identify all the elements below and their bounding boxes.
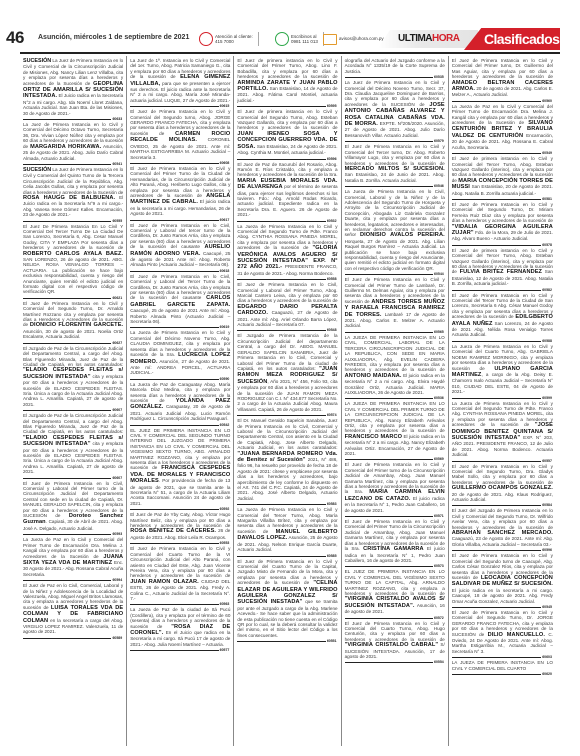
classified-ad: La Jueza de Primera Instancia en lo Civi… [130, 328, 230, 379]
ad-body: La Jueza de Primera Instancia en lo Civi… [237, 507, 337, 552]
ad-body: El Juez de Primera Instancia en lo Civil… [345, 144, 445, 183]
ad-text: LA JUEZA DE PRIMERA INSTANCIA EN LO CIVI… [345, 401, 445, 433]
ad-name: MARGARIDA HORIKAWA. [30, 144, 101, 150]
classified-ad: El Juez de Primera Instancia en lo Civil… [130, 107, 230, 164]
ad-code: 60620 [541, 672, 553, 676]
ad-text: El Juez de Primera Instancia en lo Civil… [237, 282, 337, 303]
ad-body: El Juez de Primera Instancia en lo Civil… [452, 58, 553, 98]
ad-body: El Juzgado de Paz de la Circunscripción … [23, 413, 123, 474]
classified-ad: SUCESIÓN La Juez de Primera Instancia en… [23, 56, 123, 120]
ad-name: DIONISIO AVALOS PEREIRA. [360, 232, 445, 238]
ad-code: 60551 [326, 639, 338, 643]
ad-body: El Juez de Primera Instancia en lo Civil… [345, 519, 445, 563]
ad-body: El Juez de Primera Instancia en lo Civil… [130, 109, 230, 160]
column-1: SUCESIÓN La Juez de Primera Instancia en… [20, 56, 127, 746]
ad-body: El Juez de primera instancia en lo Civil… [452, 248, 553, 287]
classified-ad: El Juzgado de Paz de la Circunscripción … [23, 411, 123, 478]
ad-body: El Juez de Paz en lo Civil, Comercial, L… [23, 583, 123, 635]
classified-ad: La Juez de Primera Instancia en lo Civil… [23, 120, 123, 165]
classified-ad: La Jueza de Primera Instancia en lo Civi… [452, 399, 553, 462]
ad-body: El Juez de Primera Instancia en lo Civil… [345, 277, 445, 329]
ad-name: ROSA HAUGG DE BALBUENA. [23, 195, 115, 201]
classified-ad: El Juez de Paz en lo Civil, Comercial, L… [23, 581, 123, 639]
ad-body: El Juez de primera instancia en lo Civil… [237, 109, 337, 155]
classified-ad: El Juez de primera instancia en lo Civil… [452, 154, 553, 200]
ad-body: La Jueza de Paz de Caraguatay Abog. Marí… [130, 382, 230, 422]
classified-ad: El Juez de Primera Instancia en lo Civil… [130, 164, 230, 221]
classified-ad: El Juez de primera instancia en lo Civil… [237, 107, 337, 159]
ad-body: El Juez de Primera Instancia en lo Civil… [237, 282, 337, 327]
classified-ad: El Juez De Primera Instancia En Lo Civil… [23, 222, 123, 299]
ad-text: SAN LORENZO, 26 de agosto de 2021. ABG. … [23, 257, 123, 294]
ad-text: El Juzgado de Paz de la Circunscripción … [23, 346, 123, 367]
ad-text: El Juez de Primera Instancia en lo Civil… [345, 144, 445, 165]
contact-phone-label: Atención al cliente: [215, 34, 253, 39]
ad-text: El Juez de primera instancia en lo Civil… [237, 109, 337, 130]
classified-ad: El Juez del Juzgado de Primera Instancia… [452, 506, 553, 551]
ad-code: 60589 [111, 636, 123, 640]
ad-body: El Juez de Primera Instancia en lo Civil… [130, 274, 230, 325]
classified-ad: El Juez de Paz de Itacurubí del Rosario,… [237, 160, 337, 222]
ad-text: El Juez de Paz de Yby Caty, Abog. Víctor… [130, 512, 230, 528]
column-4: olografía del Actuario del Juzgado confo… [342, 56, 449, 746]
ad-body: El Juez de Paz de Yby Caty, Abog. Víctor… [130, 512, 230, 540]
classified-ad: El Juez de Primera Instancia en lo Civil… [237, 557, 337, 643]
contact-whatsapp: Escribinos al 0981 111 013 [275, 30, 324, 48]
classified-ad: LA JUEZA DE PRIMERA INSTANCIA EN LO CIVI… [345, 333, 445, 399]
publication-date: Asunción, miércoles 1 de septiembre de 2… [38, 34, 189, 41]
ad-text: San Estanislao, 24 de Junio de 2021. Abo… [345, 172, 445, 182]
classified-ad: El Juez de Primera Instancia en lo Civil… [130, 272, 230, 329]
ad-text: 2021, N° 486, folio 96, ha resuelto por … [237, 457, 337, 501]
brand-logo: ULTIMAHORA [398, 33, 459, 44]
classified-ad: La Jueza de Paz en lo Civil y Comercial … [23, 535, 123, 581]
ad-text: LA JUEZA DE PRIMERA INSTANCIA EN LO CIVI… [345, 335, 445, 372]
ad-text: La Jueza de Primera Instancia en lo Civi… [345, 189, 445, 237]
classified-ad: EL JUEZ DE PRIMERA INSTANCIA EN LO CIVIL… [130, 426, 230, 511]
classified-ad: EL JUEZ DE PRIMERA INSTANCIA EN LO CIVIL… [345, 567, 445, 618]
ad-text: El juicio radica en la secretaría a mi c… [452, 588, 553, 604]
classified-ad: El Juez de Primera Instancia en lo Civil… [452, 462, 553, 507]
ad-text: Caaguazú, 23 de Agosto de 2021. Ante mí:… [452, 536, 553, 546]
ad-name: JUAN RAMON OLAZAR. [130, 579, 199, 585]
ad-name: ROBERTO CARLOS AYALA BAEZ. [23, 251, 123, 257]
ad-body: El Juez de Primera Instancia en lo Civil… [237, 559, 337, 639]
classified-ad: LA JUEZA DE PRIMERA INSTANCIA EN LO CIVI… [345, 399, 445, 460]
column-2: La Juez de 1ª. Instancia en lo Civil y C… [127, 56, 234, 746]
ad-text: Horqueta, 27 de Agosto de 2021. Abg. Lil… [345, 239, 445, 271]
ad-name: CRISTINA GAMARRA [363, 546, 424, 552]
ad-body: El Dr. Manuel Geraldo Sapelcin Sanabria,… [237, 418, 337, 501]
ad-body: La Jueza de Primera Instancia en lo Civi… [452, 344, 553, 395]
classified-ad: La Jueza de Paz en lo Civil y Comercial … [452, 102, 553, 154]
ad-body: La Jueza de Primera Instancia en lo Civi… [237, 224, 337, 277]
ad-text: El Juez De Primera Instancia En Lo Civil… [23, 224, 123, 251]
ad-body: La Juez de Primera Instancia en lo Civil… [23, 122, 123, 161]
classified-ad: El Juez de Primera Instancia en lo Civil… [345, 517, 445, 567]
ad-text: El Juez de Primera Instancia en lo Civil… [130, 546, 230, 578]
ad-text: El Dr. Manuel Geraldo Sapelcin Sanabria,… [237, 418, 337, 450]
ad-body: La Juez de 1ª. Instancia en lo Civil y C… [130, 58, 230, 103]
ad-text: El Juez de Primera Instancia en lo Civil… [452, 464, 553, 485]
classified-ad: La Jueza de Primera Instancia en lo Civi… [452, 342, 553, 399]
classified-ad: El Dr. Manuel Geraldo Sapelcin Sanabria,… [237, 416, 337, 505]
ad-body: El Juez de Primera Instancia en lo Civil… [452, 464, 553, 503]
ad-body: La Juez de Primera Instancia en lo Civil… [345, 80, 445, 138]
ad-body: El Juez De Primera Instancia En Lo Civil… [23, 224, 123, 295]
ad-body: El Juez de Primera Instancia en lo Civil… [452, 293, 553, 338]
contact-whatsapp-value: 0981 111 013 [291, 39, 318, 44]
classified-ad: El Juez de Primera Instancia en lo Civil… [452, 56, 553, 102]
classified-ad: El Juez de Primera Instancia en lo Civil… [345, 142, 445, 187]
ad-body: olografía del Actuario del Juzgado confo… [345, 58, 445, 74]
classifieds-columns: SUCESIÓN La Juez de Primera Instancia en… [20, 56, 556, 746]
ad-text: El Juez del Juzgado de Primera Instancia… [452, 508, 553, 529]
ad-body: La Jueza de Paz en lo Civil y Comercial … [452, 104, 553, 150]
classified-ad: El Juez de Primera Instancia en lo Civil… [452, 608, 553, 658]
ad-text: Asunción, 30 de agosto de 2021. Noelia O… [23, 329, 123, 339]
ad-body: La Jueza de Paz de la ciudad de Itá Pucú… [130, 607, 230, 647]
classified-ad: La Jueza de Paz de la ciudad de Itá Pucú… [130, 605, 230, 651]
ad-text: El Juez de Primera Instancia en lo Civil… [452, 58, 553, 79]
ad-body: EL JUEZ DE PRIMERA INSTANCIA EN LO CIVIL… [130, 428, 230, 507]
ad-body: El Juzgado de Paz de la Circunscripción … [23, 346, 123, 407]
classified-ad: El Juez de Primera Instancia en lo Civil… [452, 551, 553, 608]
classified-ad: El Juzgado de Primera Instancia de la Ci… [237, 331, 337, 416]
ad-text: Caacupé, 25 de agosto de 2021 Ante mí: A… [130, 308, 230, 324]
ad-body: El Juez de Primera Instancia en lo Civil… [23, 301, 123, 340]
ad-body: El Juez de Primera Instancia en lo Civil… [345, 621, 445, 660]
classified-ad: La Juez de Primera Instancia en lo Civil… [345, 78, 445, 142]
classified-ad: El Juez de Primera Instancia en lo Civil… [345, 460, 445, 517]
classified-ad: LA JUEZA DE PRIMERA INSTANCIA EN LO CIVI… [452, 658, 553, 675]
classified-ad: El Juez de Primera Instancia en lo Civil… [452, 200, 553, 246]
whatsapp-icon [275, 32, 289, 46]
classified-ad: El Juez de Primera Instancia en lo Civil… [345, 619, 445, 664]
phone-icon [199, 32, 213, 46]
classified-ad: El Juez de Primera Instancia en lo Civil… [23, 479, 123, 536]
ad-name: FULVIA BRITEZ FERNANDEZ [460, 269, 543, 275]
ad-text: El Juzgado de Paz de la Circunscripción … [23, 413, 123, 434]
ad-body: El Juez de primera instancia en lo Civil… [237, 58, 337, 103]
mail-icon [323, 34, 337, 45]
section-title: Clasificados [484, 31, 559, 47]
classified-ad: El Juez de Primera Instancia en lo Civil… [130, 221, 230, 272]
contact-phone: Atención al cliente: 415 7000 [199, 30, 259, 48]
ad-body: El Juez de primera instancia en lo Civil… [452, 156, 553, 196]
brand-banner: ULTIMAHORA Clasificados [378, 28, 580, 50]
ad-body: LA JUEZA DE PRIMERA INSTANCIA EN LO CIVI… [452, 660, 553, 671]
classified-ad: El Juez de primera instancia en lo Civil… [452, 246, 553, 291]
page-number: 46 [6, 28, 24, 48]
ad-body: EL JUEZ DE PRIMERA INSTANCIA EN LO CIVIL… [345, 569, 445, 614]
column-3: El Juez de primera instancia en lo Civil… [234, 56, 341, 746]
classified-ad: El Juez de Paz de Yby Caty, Abog. Víctor… [130, 510, 230, 544]
ad-body: El Juez de Primera Instancia en lo Civil… [452, 553, 553, 604]
ad-body: El Juez de Primera Instancia en lo Civil… [345, 462, 445, 513]
ad-body: El Juez del Juzgado de Primera Instancia… [452, 508, 553, 547]
ad-body: El Juez de Primera Instancia en lo Civil… [452, 202, 553, 242]
ad-text: El Juez de Paz de Itacurubí del Rosario,… [237, 162, 337, 178]
ad-text: El Juez de primera instancia en lo Civil… [237, 58, 337, 79]
ad-name: ANTONIO MAIDANA. [345, 373, 402, 379]
ad-code: 60577 [219, 648, 231, 652]
classified-ad: El Juez de Primera Instancia en lo Civil… [345, 275, 445, 333]
ad-name: ROSA BENITEZ DE CÁCERES. [130, 528, 216, 534]
ad-name: MERCADO MILTOS S/ SUCESION. [345, 166, 445, 172]
ad-body: LA JUEZA DE PRIMERA INSTANCIA EN LO CIVI… [345, 401, 445, 456]
ad-text: 20 de Agosto de 2021. Abg. Klaus Rodrigu… [452, 492, 553, 502]
header-rule [20, 52, 560, 54]
ad-body: El Juez de Primera Instancia en lo Civil… [130, 223, 230, 268]
ad-body: SUCESIÓN La Juez de Primera Instancia en… [23, 58, 123, 116]
classified-ad: El Juez de Primera Instancia en lo Civil… [130, 544, 230, 605]
column-5: El Juez de Primera Instancia en lo Civil… [449, 56, 556, 746]
ad-name: "VIRGINIA CRISTALDO CABRAL" [345, 642, 439, 648]
contact-email-value: avisos@uhora.com.py [339, 36, 384, 41]
ad-body: El Juez de Paz de Itacurubí del Rosario,… [237, 162, 337, 218]
ad-body: El Juez de Primera Instancia en lo Civil… [452, 610, 553, 654]
classified-ad: olografía del Actuario del Juzgado confo… [345, 56, 445, 78]
divider [258, 32, 259, 46]
classified-ad: El Juzgado de Paz de la Circunscripción … [23, 344, 123, 411]
ad-lead: SUCESIÓN [23, 167, 51, 173]
classified-ad: El Juez de primera instancia en lo Civil… [237, 56, 337, 107]
ad-text: EL JUEZ DE PRIMERA INSTANCIA EN LO CIVIL… [130, 428, 230, 471]
page-header: 46 Asunción, miércoles 1 de septiembre d… [0, 28, 580, 50]
ad-text: olografía del Actuario del Juzgado confo… [345, 58, 445, 74]
classified-ad: El Juez de Primera Instancia en lo Civil… [23, 299, 123, 344]
ad-name: DILIO MANCUELLO. [488, 632, 545, 638]
ad-name: ABRAHAN SANCHEZ MERCADO. [452, 530, 553, 536]
ad-body: La Jueza de Primera Instancia en lo Civi… [130, 330, 230, 375]
ad-body: La Jueza de Paz en lo Civil y Comercial … [23, 537, 123, 577]
ad-text: LA JUEZA DE PRIMERA INSTANCIA EN LO CIVI… [452, 660, 553, 670]
classified-ad: La Jueza de Primera Instancia en lo Civi… [237, 505, 337, 556]
ad-body: SUCESIÓN La Juez de Primera Instancia en… [23, 167, 123, 218]
ad-text: que se tramita por ante el Juzgado a car… [237, 599, 337, 637]
ad-text: El Juez de Primera Instancia en lo Civil… [452, 202, 553, 223]
classified-ad: La Jueza de Paz de Caraguatay Abog. Marí… [130, 380, 230, 426]
ad-name: FRANCISCO MARCO [345, 434, 403, 440]
classified-ad: SUCESIÓN La Juez de Primera Instancia en… [23, 165, 123, 222]
ad-body: La Jueza de Primera Instancia en lo Civi… [452, 401, 553, 458]
contact-whatsapp-label: Escribinos al [291, 34, 317, 39]
ad-body: LA JUEZA DE PRIMERA INSTANCIA EN LO CIVI… [345, 335, 445, 395]
ad-text: El Juez de Primera Instancia en lo Civil… [345, 621, 445, 642]
newspaper-page: 46 Asunción, miércoles 1 de septiembre d… [0, 0, 580, 756]
classified-ad: La Jueza de Primera Instancia en lo Civi… [345, 187, 445, 275]
classified-ad: La Juez de 1ª. Instancia en lo Civil y C… [130, 56, 230, 107]
ad-code: 60554 [433, 660, 445, 664]
ad-body: El Juez de Primera Instancia en lo Civil… [130, 166, 230, 217]
ad-name: GUILLERMO OCAMPOS GONZALEZ. [452, 485, 553, 491]
ad-body: El Juzgado de Primera Instancia de la Ci… [237, 333, 337, 412]
ad-body: El Juez de Primera Instancia en lo Civil… [130, 546, 230, 601]
ad-body: La Jueza de Primera Instancia en lo Civi… [345, 189, 445, 271]
ad-text: EL JUEZ DE PRIMERA INSTANCIA EN LO CIVIL… [345, 569, 445, 596]
classified-ad: El Juez de Primera Instancia en lo Civil… [237, 280, 337, 331]
classified-ad: La Jueza de Primera Instancia en lo Civi… [237, 222, 337, 281]
ad-body: El Juez de Primera Instancia en lo Civil… [23, 481, 123, 532]
ad-lead: SUCESIÓN [23, 58, 51, 64]
ad-name: DIONICIO FLORENTIN GARCETE. [30, 322, 123, 328]
contact-phone-value: 415 7000 [215, 39, 234, 44]
classified-ad: El Juez de Primera Instancia en lo Civil… [452, 291, 553, 342]
